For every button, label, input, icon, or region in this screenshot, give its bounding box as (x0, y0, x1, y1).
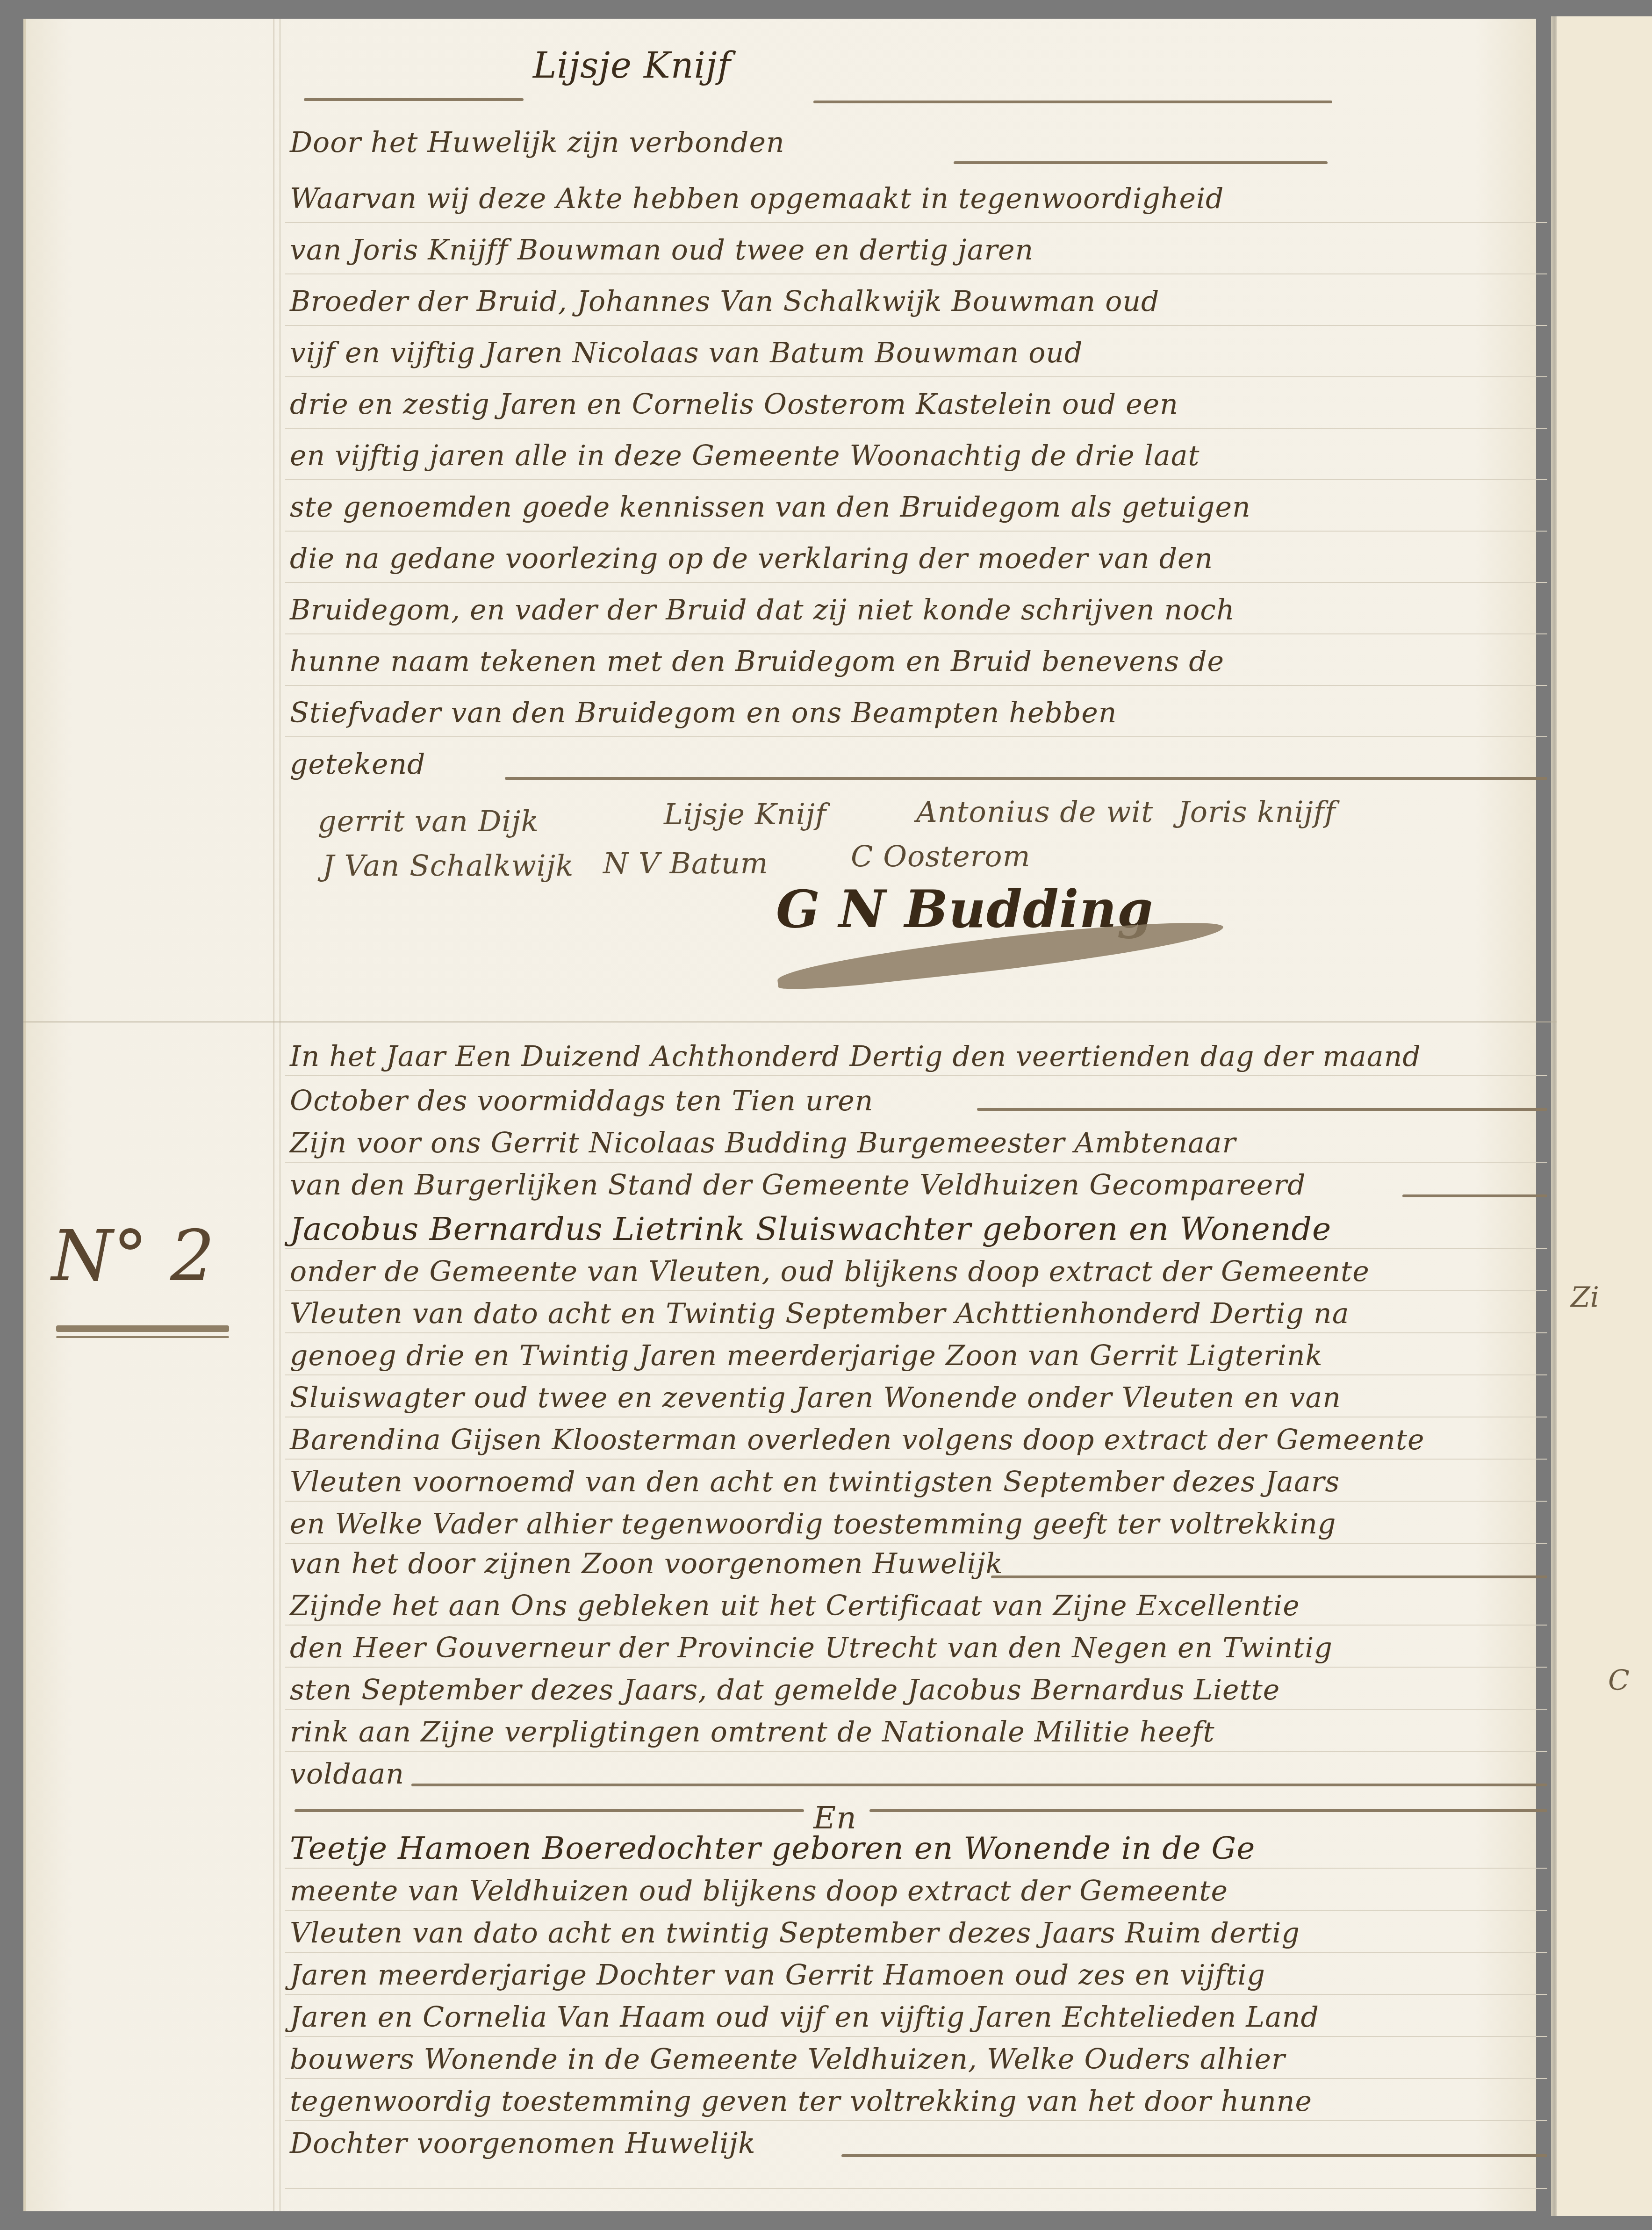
text-line: Zijn voor ons Gerrit Nicolaas Budding Bu… (290, 1127, 1236, 1159)
text-line: ste genoemden goede kennissen van den Br… (290, 491, 1251, 524)
entry-number-underline-thin (56, 1336, 229, 1338)
text-line: In het Jaar Een Duizend Achthonderd Dert… (290, 1040, 1421, 1073)
text-line: Dochter voorgenomen Huwelijk (290, 2127, 756, 2160)
text-line: Bruidegom, en vader der Bruid dat zij ni… (290, 594, 1235, 626)
line-filler (505, 777, 1547, 780)
facing-page-edge (1557, 16, 1652, 2216)
signature: Antonius de wit (916, 795, 1153, 829)
ruled-line (285, 325, 1547, 326)
ruled-line (285, 479, 1547, 480)
text-line: Broeder der Bruid, Johannes Van Schalkwi… (290, 285, 1159, 318)
ruled-line (285, 222, 1547, 223)
ruled-line (285, 1625, 1547, 1626)
ruled-line (285, 1417, 1547, 1417)
text-line: voldaan (290, 1758, 404, 1791)
text-line: Vleuten voornoemd van den acht en twinti… (290, 1466, 1340, 1498)
ruled-line (285, 1868, 1547, 1869)
text-line: sten September dezes Jaars, dat gemelde … (290, 1674, 1280, 1706)
text-line: Door het Huwelijk zijn verbonden (290, 126, 785, 159)
ruled-line (285, 1374, 1547, 1375)
ruled-line (285, 736, 1547, 737)
ruled-line (285, 1543, 1547, 1544)
text-line: den Heer Gouverneur der Provincie Utrech… (290, 1632, 1333, 1664)
signature: N V Batum (603, 846, 769, 880)
text-line: van den Burgerlijken Stand der Gemeente … (290, 1169, 1306, 1201)
text-line: Waarvan wij deze Akte hebben opgemaakt i… (290, 182, 1224, 215)
ruled-line (285, 1952, 1547, 1953)
text-line: en vijftig jaren alle in deze Gemeente W… (290, 439, 1200, 472)
text-line: en Welke Vader alhier tegenwoordig toest… (290, 1508, 1336, 1540)
ruled-line (285, 1248, 1547, 1249)
ruled-line (285, 582, 1547, 583)
margin-rule (273, 19, 274, 2211)
line-filler (294, 1809, 804, 1812)
text-line: onder de Gemeente van Vleuten, oud blijk… (290, 1255, 1370, 1288)
ruled-line (285, 1290, 1547, 1291)
signature: gerrit van Dijk (318, 804, 539, 838)
entry-number-underline (56, 1325, 229, 1332)
ruled-line (285, 1751, 1547, 1752)
text-line: bouwers Wonende in de Gemeente Veldhuize… (290, 2043, 1286, 2076)
ruled-line (285, 531, 1547, 532)
signature: C Oosterom (851, 839, 1030, 873)
margin-rule-inner (280, 19, 280, 2211)
text-line: genoeg drie en Twintig Jaren meerderjari… (290, 1339, 1323, 1372)
line-filler (411, 1784, 1547, 1786)
text-line: getekend (290, 748, 425, 781)
entry-heading: Lijsje Knijf (533, 44, 731, 86)
text-line: meente van Veldhuizen oud blijkens doop … (290, 1875, 1228, 1907)
signature: Joris knijff (1178, 795, 1336, 829)
text-line: Jaren en Cornelia Van Haam oud vijf en v… (290, 2001, 1319, 2034)
text-line: Vleuten van dato acht en Twintig Septemb… (290, 1297, 1349, 1330)
line-filler (841, 2154, 1547, 2157)
text-line: Jaren meerderjarige Dochter van Gerrit H… (290, 1959, 1265, 1992)
text-line: rink aan Zijne verpligtingen omtrent de … (290, 1716, 1215, 1748)
ruled-line (285, 633, 1547, 634)
ruled-line (285, 1910, 1547, 1911)
text-line: Barendina Gijsen Kloosterman overleden v… (290, 1424, 1425, 1456)
text-line: van het door zijnen Zoon voorgenomen Huw… (290, 1547, 1003, 1580)
text-line: vijf en vijftig Jaren Nicolaas van Batum… (290, 337, 1083, 369)
ruled-line (285, 1667, 1547, 1668)
bride-name-line: Teetje Hamoen Boeredochter geboren en Wo… (290, 1830, 1255, 1866)
line-filler (977, 1108, 1547, 1111)
ruled-line (285, 1501, 1547, 1502)
text-line: tegenwoordig toestemming geven ter voltr… (290, 2085, 1312, 2118)
ruled-line (285, 1075, 1547, 1076)
line-filler (1402, 1194, 1547, 1197)
line-filler (869, 1809, 1547, 1812)
text-line: Vleuten van dato acht en twintig Septemb… (290, 1917, 1300, 1949)
text-line: October des voormiddags ten Tien uren (290, 1085, 873, 1117)
facing-page-text: Zi (1571, 1281, 1599, 1314)
ruled-line (285, 1332, 1547, 1333)
ruled-line (285, 2078, 1547, 2079)
ruled-line (285, 2120, 1547, 2121)
facing-page-text: C (1608, 1664, 1630, 1697)
entry-divider (23, 1021, 1557, 1022)
text-line: Zijnde het aan Ons gebleken uit het Cert… (290, 1590, 1300, 1622)
groom-name-line: Jacobus Bernardus Lietrink Sluiswachter … (290, 1211, 1331, 1248)
line-filler (813, 101, 1332, 103)
ruled-line (285, 2188, 1547, 2189)
line-filler (304, 98, 524, 101)
text-line: die na gedane voorlezing op de verklarin… (290, 542, 1213, 575)
text-line: van Joris Knijff Bouwman oud twee en der… (290, 234, 1034, 266)
ruled-line (285, 376, 1547, 377)
text-line: Sluiswagter oud twee en zeventig Jaren W… (290, 1381, 1341, 1414)
ruled-line (285, 1459, 1547, 1460)
ruled-line (285, 1709, 1547, 1710)
ruled-line (285, 1994, 1547, 1995)
line-filler (991, 1575, 1547, 1578)
text-line: drie en zestig Jaren en Cornelis Oostero… (290, 388, 1178, 421)
entry-number: N° 2 (51, 1216, 215, 1297)
ruled-line (285, 2036, 1547, 2037)
text-line: Stiefvader van den Bruidegom en ons Beam… (290, 697, 1117, 729)
signature: Lijsje Knijf (664, 797, 826, 831)
ruled-line (285, 1162, 1547, 1163)
signature: J Van Schalkwijk (323, 849, 574, 883)
ruled-line (285, 273, 1547, 274)
line-filler (954, 161, 1328, 164)
ruled-line (285, 428, 1547, 429)
ruled-line (285, 685, 1547, 686)
text-line: hunne naam tekenen met den Bruidegom en … (290, 645, 1224, 678)
